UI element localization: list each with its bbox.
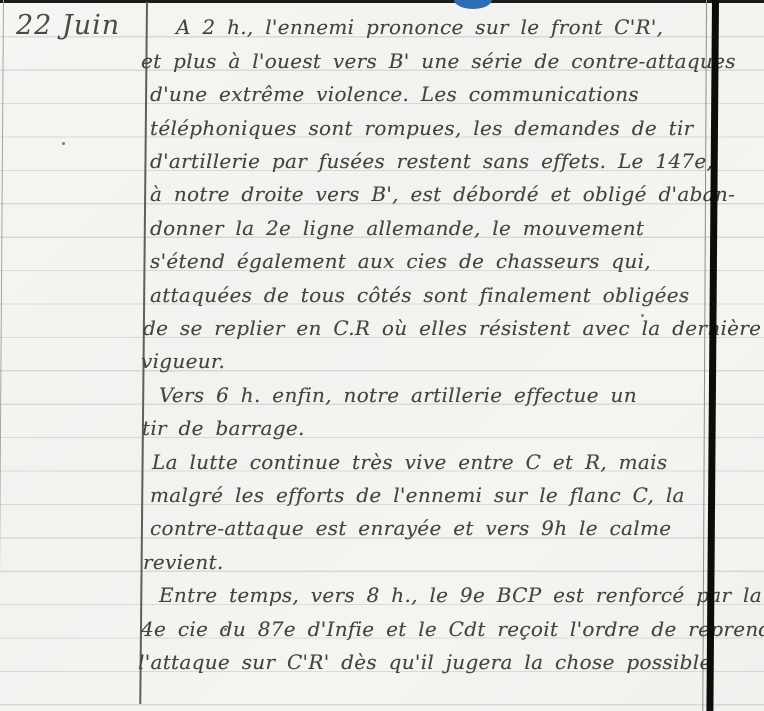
journal-line: revient. xyxy=(143,550,224,574)
journal-line: Entre temps, vers 8 h., le 9e BCP est re… xyxy=(150,583,762,607)
journal-line: de se replier en C.R où elles résistent … xyxy=(143,316,761,340)
journal-line: s'étend également aux cies de chasseurs … xyxy=(150,249,651,273)
scanned-journal-page: 22 Juin A 2 h., l'ennemi prononce sur le… xyxy=(0,0,764,711)
journal-line: Vers 6 h. enfin, notre artillerie effect… xyxy=(150,383,637,407)
left-edge-line xyxy=(0,0,4,711)
journal-line: 4e cie du 87e d'Infie et le Cdt reçoit l… xyxy=(141,617,764,641)
journal-line: l'attaque sur C'R' dès qu'il jugera la c… xyxy=(138,650,712,674)
journal-line: vigueur. xyxy=(141,349,225,373)
date-label: 22 Juin xyxy=(16,10,120,41)
journal-line: tir de barrage. xyxy=(142,416,305,440)
journal-line: A 2 h., l'ennemi prononce sur le front C… xyxy=(150,15,663,39)
journal-line: d'artillerie par fusées restent sans eff… xyxy=(150,149,713,173)
blue-notch xyxy=(454,0,492,9)
journal-line: attaquées de tous côtés sont finalement … xyxy=(150,283,689,307)
journal-line: donner la 2e ligne allemande, le mouveme… xyxy=(150,216,644,240)
journal-line: d'une extrême violence. Les communicatio… xyxy=(150,82,639,106)
journal-line: à notre droite vers B', est débordé et o… xyxy=(150,182,735,206)
journal-line: et plus à l'ouest vers B' une série de c… xyxy=(141,49,736,73)
top-edge-line xyxy=(0,0,764,3)
journal-line: téléphoniques sont rompues, les demandes… xyxy=(150,116,694,140)
journal-line: malgré les efforts de l'ennemi sur le fl… xyxy=(150,483,685,507)
journal-line: contre-attaque est enrayée et vers 9h le… xyxy=(150,516,671,540)
ink-speck xyxy=(62,142,65,145)
journal-line: La lutte continue très vive entre C et R… xyxy=(143,450,667,474)
